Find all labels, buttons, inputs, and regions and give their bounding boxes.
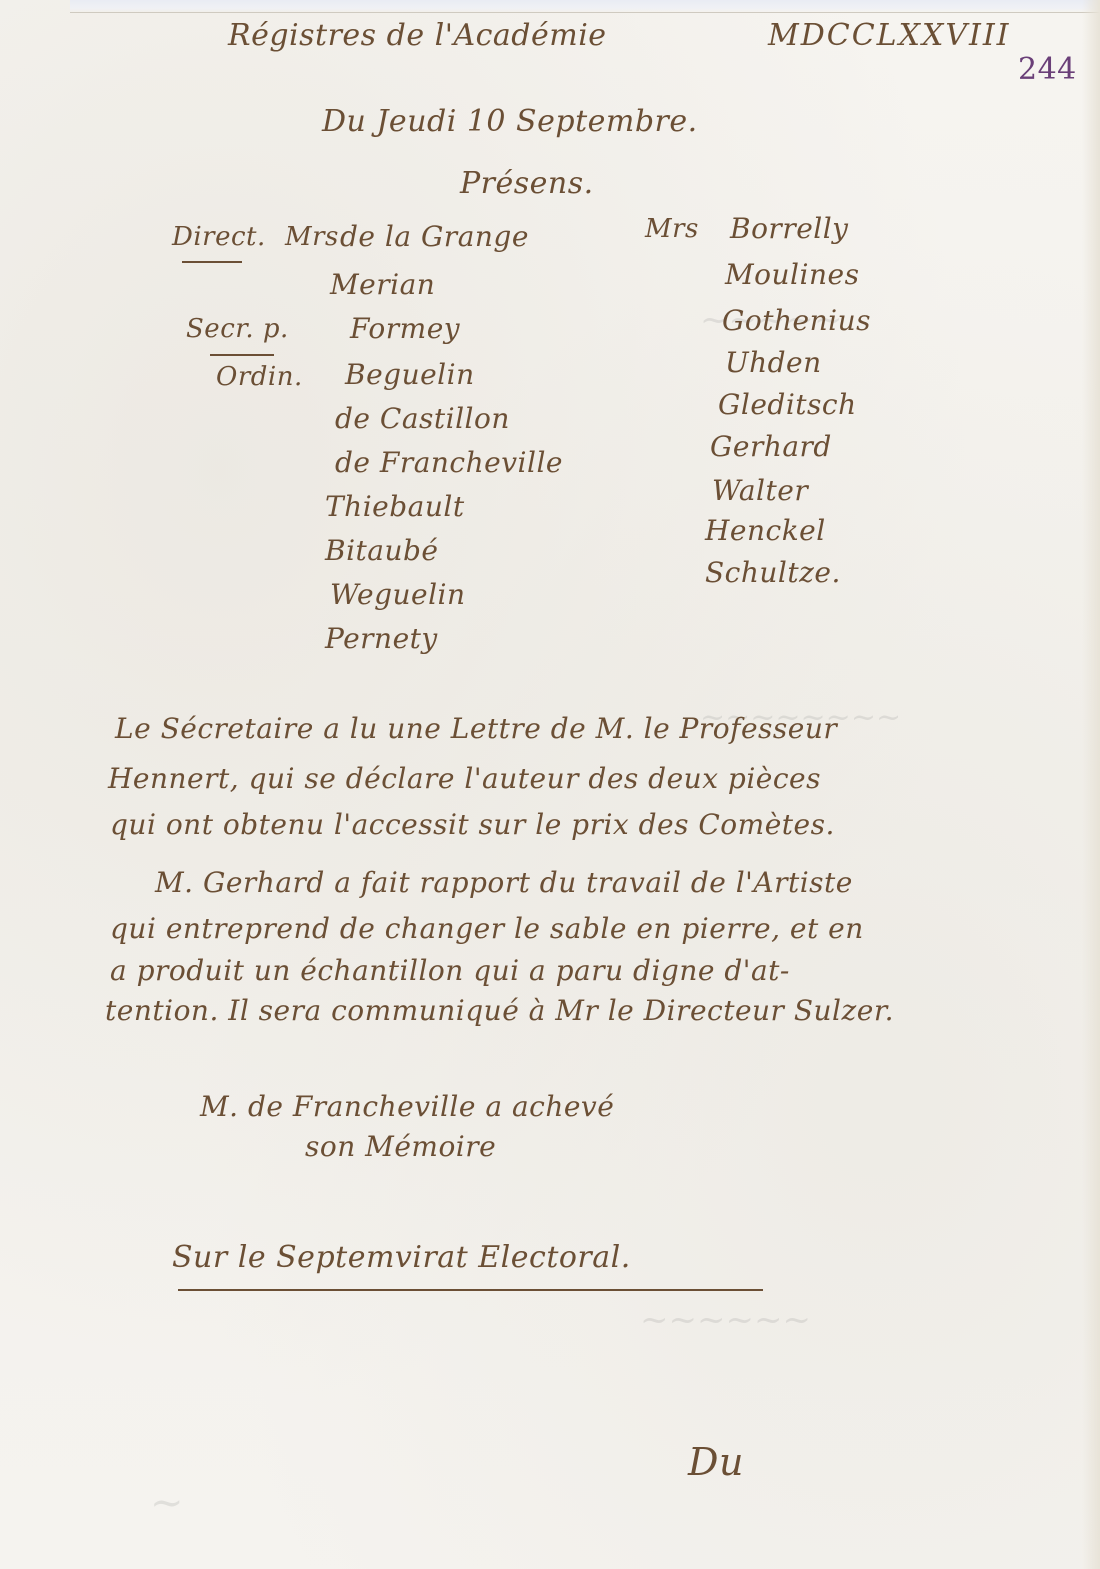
member-name: Pernety bbox=[325, 622, 438, 655]
paragraph-line: Hennert, qui se déclare l'auteur des deu… bbox=[108, 762, 821, 795]
member-name: Thiebault bbox=[325, 490, 465, 523]
member-name: Uhden bbox=[725, 346, 822, 379]
member-name: Borrelly bbox=[730, 212, 849, 245]
underline bbox=[210, 354, 274, 356]
register-year: MDCCLXXVIII bbox=[768, 18, 1011, 53]
role-ordinary-label: Ordin. bbox=[216, 362, 303, 392]
member-name: Beguelin bbox=[345, 358, 475, 391]
paragraph-line: qui entreprend de changer le sable en pi… bbox=[110, 912, 864, 945]
members-left-prefix: Mrs bbox=[285, 222, 339, 252]
paragraph-line: Le Sécretaire a lu une Lettre de M. le P… bbox=[115, 712, 837, 745]
role-director-label: Direct. bbox=[172, 222, 266, 252]
members-right-prefix: Mrs bbox=[645, 214, 699, 244]
member-name: Henckel bbox=[705, 514, 826, 547]
member-name: de Castillon bbox=[335, 402, 510, 435]
paragraph-line: a produit un échantillon qui a paru dign… bbox=[110, 954, 790, 987]
member-name: Schultze. bbox=[705, 556, 841, 589]
member-name: Merian bbox=[330, 268, 435, 301]
member-name: Walter bbox=[712, 474, 808, 507]
member-name: Weguelin bbox=[330, 578, 466, 611]
paragraph-line: M. Gerhard a fait rapport du travail de … bbox=[155, 866, 853, 899]
paragraph-line: tention. Il sera communiqué à Mr le Dire… bbox=[105, 994, 894, 1027]
underline bbox=[182, 261, 242, 263]
catchword: Du bbox=[688, 1440, 744, 1484]
folio-number: 244 bbox=[1018, 52, 1077, 87]
page-top-edge bbox=[70, 0, 1100, 13]
member-name: de Francheville bbox=[335, 446, 563, 479]
register-title: Régistres de l'Académie bbox=[228, 18, 607, 53]
member-name: Gleditsch bbox=[718, 388, 857, 421]
member-name: Moulines bbox=[725, 258, 859, 291]
manuscript-page: ~~~~~ ~~~~~~~~ ~~~~~~ ~ Régistres de l'A… bbox=[0, 0, 1100, 1569]
role-secretary-label: Secr. p. bbox=[186, 314, 289, 344]
member-name: Gothenius bbox=[722, 304, 871, 337]
section-heading: Sur le Septemvirat Electoral. bbox=[172, 1240, 631, 1275]
bleed-through-text: ~~~~~~ bbox=[640, 1300, 811, 1340]
bleed-through-mark: ~ bbox=[150, 1480, 184, 1526]
attendance-heading: Présens. bbox=[460, 166, 594, 201]
paragraph-line: qui ont obtenu l'accessit sur le prix de… bbox=[110, 808, 835, 841]
member-name: de la Grange bbox=[340, 220, 529, 253]
underline bbox=[178, 1289, 763, 1291]
member-name: Formey bbox=[350, 312, 460, 345]
session-date: Du Jeudi 10 Septembre. bbox=[322, 104, 698, 139]
page-right-edge bbox=[1082, 0, 1100, 1569]
paragraph-line: son Mémoire bbox=[305, 1130, 496, 1163]
member-name: Gerhard bbox=[710, 430, 832, 463]
paragraph-line: M. de Francheville a achevé bbox=[200, 1090, 614, 1123]
member-name: Bitaubé bbox=[325, 534, 439, 567]
